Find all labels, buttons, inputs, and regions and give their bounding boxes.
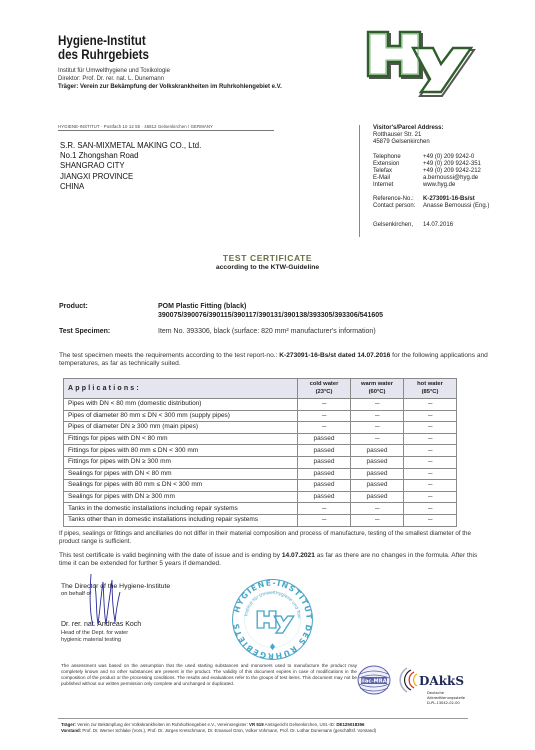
dakks-label: DAkkS: [419, 674, 464, 688]
warm-water-temp: (60°C): [369, 389, 386, 395]
cold-water-result: passed: [298, 433, 351, 445]
hot-water-label: hot water: [417, 381, 443, 387]
hot-water-result: ---: [404, 422, 457, 434]
table-row: Pipes of diameter 80 mm ≤ DN < 300 mm (s…: [64, 410, 457, 422]
specimen-label: Test Specimen:: [59, 328, 110, 335]
contact-label: Internet: [373, 182, 423, 189]
signatory-role: Head of the Dept. for water hygienic mat…: [61, 630, 128, 644]
contact-row: Telephone+49 (0) 209 9242-0: [373, 154, 489, 161]
dakks-logo-icon: DAkkS Deutsche Akkreditierungsstelle D-P…: [397, 664, 467, 708]
footer-board-line: Vorstand: Prof. Dr. Werner Schlake (Vors…: [61, 728, 467, 734]
warm-water-header: warm water(60°C): [351, 379, 404, 399]
recipient-street: No.1 Zhongshan Road: [60, 151, 201, 161]
place-label: Gelsenkirchen,: [373, 222, 423, 229]
table-row: Pipes with DN < 80 mm (domestic distribu…: [64, 399, 457, 411]
contact-label: Telefax: [373, 168, 423, 175]
table-row: Sealings for pipes with DN ≥ 300 mmpasse…: [64, 491, 457, 503]
telephone-value: +49 (0) 209 9242-0: [423, 154, 489, 161]
disclaimer-text: The assessment was based on the assumpti…: [61, 663, 357, 687]
warm-water-result: ---: [351, 514, 404, 526]
spacer: [373, 210, 489, 222]
warm-water-result: ---: [351, 399, 404, 411]
contact-label: Extension: [373, 161, 423, 168]
institute-stamp-icon: HYGIENE-INSTITUT DES RUHRGEBIETS Institu…: [230, 577, 315, 662]
warm-water-result: passed: [351, 468, 404, 480]
applications-header: Applications:: [64, 379, 298, 399]
handwritten-signature-icon: [85, 570, 125, 630]
cold-water-result: passed: [298, 445, 351, 457]
reference-label: Reference-No.:: [373, 196, 423, 203]
institute-director: Direktor: Prof. Dr. rer. nat. L. Duneman…: [58, 75, 282, 83]
cold-water-result: ---: [298, 410, 351, 422]
hot-water-header: hot water(85°C): [404, 379, 457, 399]
cold-water-result: passed: [298, 456, 351, 468]
recipient-address: S.R. SAN-MIXMETAL MAKING CO., Ltd. No.1 …: [60, 141, 201, 192]
cold-water-result: ---: [298, 503, 351, 515]
table-row: Fittings for pipes with DN ≥ 300 mmpasse…: [64, 456, 457, 468]
visitor-address-heading: Visitor's/Parcel Address:: [373, 125, 489, 132]
footer-register: VR 519: [249, 722, 264, 727]
applications-table: Applications: cold water(23°C) warm wate…: [63, 378, 457, 527]
cold-water-result: passed: [298, 491, 351, 503]
ilac-label: ilac-MRA: [361, 679, 386, 685]
validity-paragraph: This test certificate is valid beginning…: [59, 552, 491, 569]
hot-water-result: ---: [404, 480, 457, 492]
recipient-province: JIANGXI PROVINCE: [60, 172, 201, 182]
reference-value: K-273091-16-Bs/st: [423, 196, 489, 203]
footer-board-label: Vorstand:: [61, 728, 81, 733]
institute-name-line2: des Ruhrgebiets: [58, 48, 149, 62]
svg-text:D-PL-13042-02-00: D-PL-13042-02-00: [427, 701, 460, 705]
applications-table-body: Pipes with DN < 80 mm (domestic distribu…: [64, 399, 457, 527]
cold-water-result: ---: [298, 514, 351, 526]
reference-row: Reference-No.:K-273091-16-Bs/st: [373, 196, 489, 203]
application-cell: Sealings for pipes with 80 mm ≤ DN < 300…: [64, 480, 298, 492]
footer-sponsor-text: Verein zur Bekämpfung der Volkskrankheit…: [76, 722, 249, 727]
contact-label: Telephone: [373, 154, 423, 161]
svg-text:Akkreditierungsstelle: Akkreditierungsstelle: [427, 696, 466, 700]
footer-board-text: Prof. Dr. Werner Schlake (Vors.), Prof. …: [81, 728, 376, 733]
hy-logo-icon: [365, 28, 477, 98]
sender-address-line: HYGIENE-INSTITUT · Postfach 10 12 55 · 4…: [58, 124, 274, 131]
application-cell: Fittings for pipes with DN ≥ 300 mm: [64, 456, 298, 468]
application-cell: Pipes of diameter DN ≥ 300 mm (main pipe…: [64, 422, 298, 434]
report-reference: K-273091-16-Bs/st dated 14.07.2016: [279, 352, 390, 359]
hot-water-result: ---: [404, 445, 457, 457]
intro-text: The test specimen meets the requirements…: [59, 352, 279, 359]
warm-water-result: passed: [351, 491, 404, 503]
specimen-value: Item No. 393306, black (surface: 820 mm²…: [158, 328, 376, 335]
hot-water-result: ---: [404, 514, 457, 526]
product-item-numbers: 390075/390076/390115/390117/390131/39013…: [158, 312, 383, 321]
extension-value: +49 (0) 209 9242-351: [423, 161, 489, 168]
warm-water-result: ---: [351, 503, 404, 515]
footer-divider: [58, 718, 468, 719]
contact-table: Telephone+49 (0) 209 9242-0 Extension+49…: [373, 154, 489, 230]
table-row: Fittings for pipes with DN < 80 mmpassed…: [64, 433, 457, 445]
application-cell: Fittings for pipes with 80 mm ≤ DN < 300…: [64, 445, 298, 457]
table-row: Pipes of diameter DN ≥ 300 mm (main pipe…: [64, 422, 457, 434]
application-cell: Fittings for pipes with DN < 80 mm: [64, 433, 298, 445]
warm-water-result: passed: [351, 456, 404, 468]
warm-water-result: passed: [351, 480, 404, 492]
footer-vat-id: DE125018356: [336, 722, 364, 727]
contact-row: Extension+49 (0) 209 9242-351: [373, 161, 489, 168]
certificate-subtitle: according to the KTW-Guideline: [0, 264, 535, 271]
contact-person-label: Contact person:: [373, 203, 423, 210]
cold-water-result: passed: [298, 480, 351, 492]
product-name: POM Plastic Fitting (black): [158, 303, 383, 312]
validity-text: This test certificate is valid beginning…: [59, 552, 282, 559]
cold-water-header: cold water(23°C): [298, 379, 351, 399]
visitor-street: Rotthauser Str. 21: [373, 132, 489, 139]
svg-text:Deutsche: Deutsche: [427, 691, 445, 695]
hot-water-temp: (85°C): [422, 389, 439, 395]
table-row: Tanks in the domestic installations incl…: [64, 503, 457, 515]
institute-sponsor: Träger: Verein zur Bekämpfung der Volksk…: [58, 83, 282, 91]
range-note: If pipes, sealings or fittings and ancil…: [59, 530, 491, 545]
hot-water-result: ---: [404, 399, 457, 411]
footer-court: Amtsgericht Gelsenkirchen, USt.-ID:: [264, 722, 337, 727]
ilac-mra-logo-icon: ilac-MRA: [356, 665, 392, 695]
footer: Träger: Verein zur Bekämpfung der Volksk…: [61, 722, 467, 735]
warm-water-result: ---: [351, 410, 404, 422]
hot-water-result: ---: [404, 410, 457, 422]
issue-date: 14.07.2016: [423, 222, 489, 229]
signatory-role-line1: Head of the Dept. for water: [61, 630, 128, 637]
table-row: Tanks other than in domestic installatio…: [64, 514, 457, 526]
cold-water-result: ---: [298, 399, 351, 411]
email-link[interactable]: a.bernoussi@hyg.de: [423, 175, 489, 182]
recipient-country: CHINA: [60, 182, 201, 192]
product-value: POM Plastic Fitting (black) 390075/39007…: [158, 303, 383, 320]
contact-block: Visitor's/Parcel Address: Rotthauser Str…: [373, 125, 489, 229]
hot-water-result: ---: [404, 433, 457, 445]
certificate-title: TEST CERTIFICATE: [0, 253, 535, 263]
cold-water-label: cold water: [310, 381, 339, 387]
institute-subheading: Institut für Umwelthygiene und Toxikolog…: [58, 67, 282, 91]
recipient-city: SHANGRAO CITY: [60, 161, 201, 171]
application-cell: Tanks other than in domestic installatio…: [64, 514, 298, 526]
cold-water-result: ---: [298, 422, 351, 434]
contact-divider: [359, 125, 360, 237]
hot-water-result: ---: [404, 491, 457, 503]
warm-water-result: passed: [351, 445, 404, 457]
date-row: Gelsenkirchen,14.07.2016: [373, 222, 489, 229]
application-cell: Sealings for pipes with DN < 80 mm: [64, 468, 298, 480]
hot-water-result: ---: [404, 468, 457, 480]
product-label: Product:: [59, 303, 88, 310]
institute-name: Hygiene-Institut des Ruhrgebiets: [58, 34, 149, 62]
contact-label: E-Mail: [373, 175, 423, 182]
recipient-company: S.R. SAN-MIXMETAL MAKING CO., Ltd.: [60, 141, 201, 151]
institute-subtitle: Institut für Umwelthygiene und Toxikolog…: [58, 67, 282, 75]
telefax-value: +49 (0) 209 9242-212: [423, 168, 489, 175]
contact-person-row: Contact person:Anasse Bernoussi (Eng.): [373, 203, 489, 210]
footer-sponsor-label: Träger:: [61, 722, 76, 727]
warm-water-result: ---: [351, 433, 404, 445]
application-cell: Sealings for pipes with DN ≥ 300 mm: [64, 491, 298, 503]
application-cell: Pipes with DN < 80 mm (domestic distribu…: [64, 399, 298, 411]
warm-water-result: ---: [351, 422, 404, 434]
institute-name-line1: Hygiene-Institut: [58, 34, 149, 48]
contact-row: Telefax+49 (0) 209 9242-212: [373, 168, 489, 175]
visitor-city: 45879 Gelsenkirchen: [373, 139, 489, 146]
application-cell: Pipes of diameter 80 mm ≤ DN < 300 mm (s…: [64, 410, 298, 422]
hot-water-result: ---: [404, 503, 457, 515]
table-row: Sealings for pipes with DN < 80 mmpassed…: [64, 468, 457, 480]
validity-date: 14.07.2021: [282, 552, 315, 559]
cold-water-temp: (23°C): [316, 389, 333, 395]
contact-row: Internetwww.hyg.de: [373, 182, 489, 189]
table-row: Sealings for pipes with 80 mm ≤ DN < 300…: [64, 480, 457, 492]
intro-paragraph: The test specimen meets the requirements…: [59, 352, 491, 369]
hot-water-result: ---: [404, 456, 457, 468]
table-header-row: Applications: cold water(23°C) warm wate…: [64, 379, 457, 399]
application-cell: Tanks in the domestic installations incl…: [64, 503, 298, 515]
website-link[interactable]: www.hyg.de: [423, 182, 489, 189]
cold-water-result: passed: [298, 468, 351, 480]
table-row: Fittings for pipes with 80 mm ≤ DN < 300…: [64, 445, 457, 457]
warm-water-label: warm water: [361, 381, 393, 387]
contact-row: E-Maila.bernoussi@hyg.de: [373, 175, 489, 182]
contact-person-value: Anasse Bernoussi (Eng.): [423, 203, 489, 210]
signatory-role-line2: hygienic material testing: [61, 637, 128, 644]
